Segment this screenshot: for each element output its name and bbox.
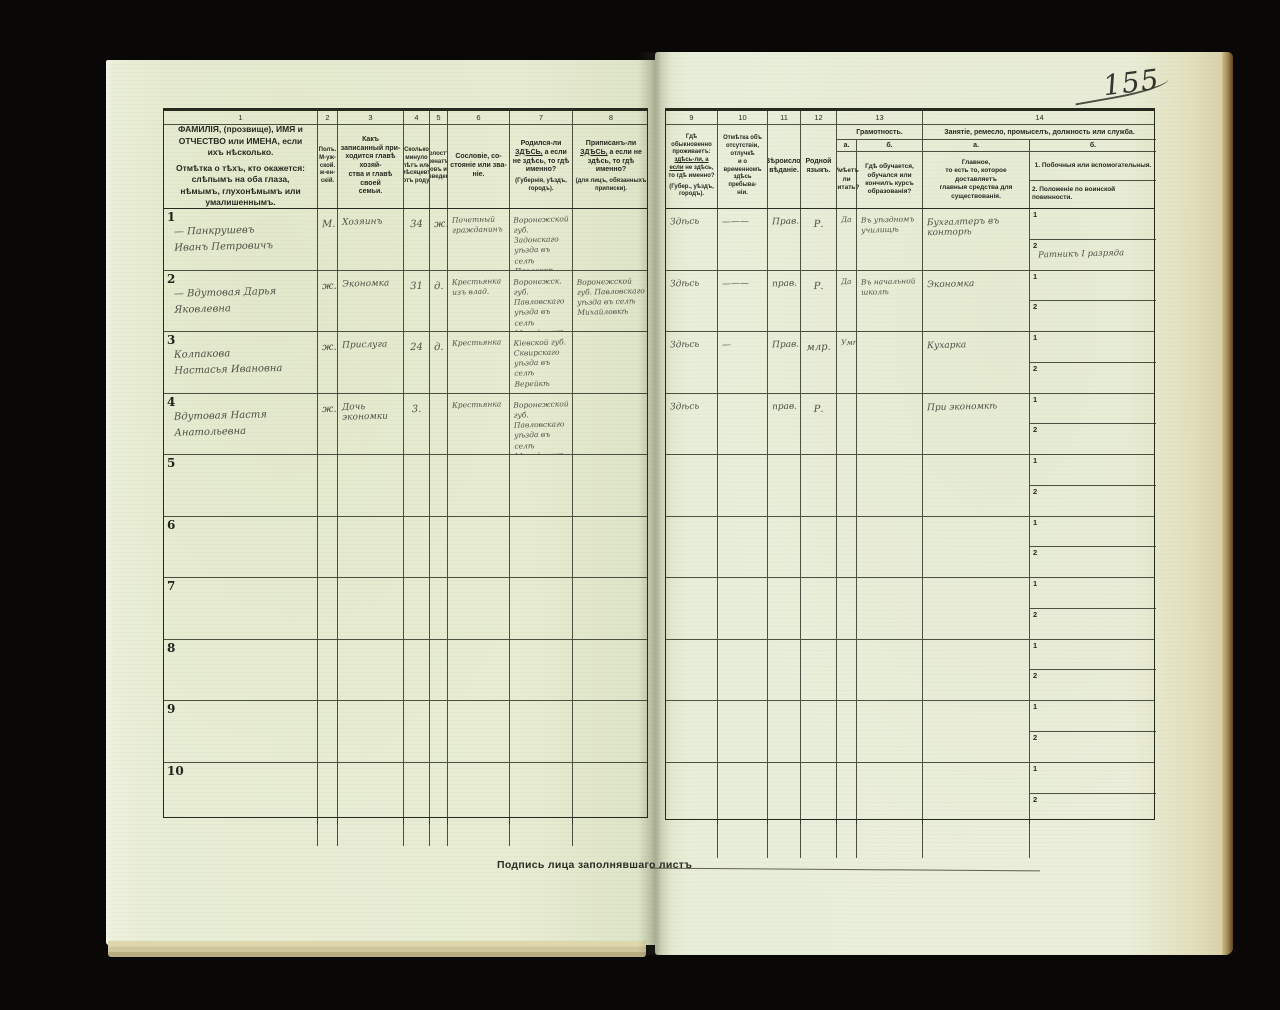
table-row-right-2: Здѣсь———прав.Р.ДаВъ начальной школѣЭконо…: [666, 271, 1154, 333]
cell-r2-birthplace: Воронежск. губ. Павловскаго уѣзда въ сел…: [510, 271, 573, 332]
handwritten-entry: Здѣсь: [666, 271, 717, 293]
cell-r5-occupation-main: [923, 455, 1030, 516]
cell-r10-absence: [718, 763, 768, 825]
subcell-2: 2: [1030, 424, 1156, 454]
column-line-tick: [337, 818, 338, 846]
cell-r2-residence: Здѣсь: [666, 271, 718, 332]
handwritten-entry: [857, 763, 922, 773]
header-col13-literacy: Грамотность. а. Умѣетъ ли читать? б. Гдѣ…: [837, 125, 923, 208]
handwritten-entry: млр.: [801, 332, 836, 356]
cell-r4-name: 4Вдутовая Настя Анатольевна: [164, 394, 318, 455]
handwritten-entry: Крестьянка: [448, 332, 509, 352]
handwritten-entry: [404, 763, 429, 776]
handwritten-entry: [837, 640, 856, 649]
subcell-2: 2: [1030, 547, 1156, 577]
handwritten-entry: [573, 394, 649, 404]
handwritten-entry: [448, 455, 509, 465]
table-row-right-9: 12: [666, 701, 1154, 763]
header-col9-residence: Гдѣ обыкновенно проживаетъ: здѣсь-ли, а …: [666, 125, 718, 208]
cell-r4-occupation-secondary: 12: [1030, 394, 1156, 455]
handwritten-entry: При экономкѣ: [923, 394, 1029, 416]
handwritten-entry: [573, 578, 649, 588]
handwritten-entry: [718, 763, 767, 775]
cell-r7-relation: [338, 578, 404, 639]
handwritten-entry: [338, 455, 403, 467]
cell-r8-occupation-main: [923, 640, 1030, 701]
subcell-2: 2: [1030, 301, 1156, 331]
handwritten-entry: [573, 640, 649, 650]
cell-r7-occupation-secondary: 12: [1030, 578, 1156, 639]
column-line-tick: [1029, 820, 1030, 858]
cell-r4-reads: [837, 394, 857, 455]
right-page-edge: [1222, 52, 1233, 955]
handwritten-entry: [318, 517, 337, 530]
cell-r5-marital: [430, 455, 448, 516]
cell-r9-marital: [430, 701, 448, 762]
handwritten-entry: [857, 455, 922, 465]
table-row-left-8: 8: [164, 640, 647, 702]
column-line-tick: [717, 820, 718, 858]
handwritten-entry: [801, 640, 836, 653]
table-row-left-1: 1— Панкрушевъ Иванъ ПетровичъМ.Хозяинъ34…: [164, 209, 647, 271]
cell-r2-occupation-secondary: 12: [1030, 271, 1156, 332]
cell-r10-occupation-secondary: 12: [1030, 763, 1156, 825]
handwritten-entry: [857, 701, 922, 711]
subcell-1: 1: [1030, 763, 1156, 794]
cell-r1-relation: Хозяинъ: [338, 209, 404, 270]
cell-r5-education: [857, 455, 923, 516]
handwritten-entry: [1030, 271, 1156, 284]
handwritten-entry: [318, 763, 337, 776]
cell-r8-marital: [430, 640, 448, 701]
cell-r5-religion: [768, 455, 801, 516]
cell-r2-estate: Крестьянка изъ влад.: [448, 271, 510, 332]
handwritten-entry: [837, 578, 856, 587]
handwritten-entry: [1030, 332, 1156, 345]
cell-r3-education: [857, 332, 923, 393]
cell-r4-sex: ж.: [318, 394, 338, 455]
subcell-1: 1: [1030, 640, 1156, 671]
cell-r8-registration: [573, 640, 649, 701]
handwritten-entry: [430, 640, 447, 653]
cell-r8-religion: [768, 640, 801, 701]
table-row-right-8: 12: [666, 640, 1154, 702]
col-number-13: 13: [837, 111, 923, 124]
header-col13a: а. Умѣетъ ли читать?: [837, 140, 857, 208]
cell-r4-birthplace: Воронежской губ. Павловскаго уѣзда въ се…: [510, 394, 573, 455]
column-number-row-right: 9 10 11 12 13 14: [666, 111, 1154, 125]
cell-r9-education: [857, 701, 923, 762]
cell-r10-religion: [768, 763, 801, 825]
cell-r4-estate: Крестьянка: [448, 394, 510, 455]
cell-r8-age: [404, 640, 430, 701]
column-line-tick: [317, 818, 318, 846]
cell-r6-occupation-secondary: 12: [1030, 517, 1156, 578]
cell-r4-registration: [573, 394, 649, 455]
cell-r9-name: 9: [164, 701, 318, 762]
handwritten-entry: [801, 517, 836, 530]
cell-r3-birthplace: Кіевской губ. Сквирскаго уѣзда въ селѣ В…: [510, 332, 573, 393]
handwritten-entry: [404, 640, 429, 653]
handwritten-entry: [837, 455, 856, 464]
cell-r7-reads: [837, 578, 857, 639]
cell-r8-language: [801, 640, 837, 701]
cell-r10-name: 10: [164, 763, 318, 825]
handwritten-entry: [448, 578, 509, 588]
handwritten-entry: Вдутовая Настя Анатольевна: [164, 394, 318, 445]
handwritten-entry: Воронежской губ. Павловскаго уѣзда въ се…: [573, 271, 649, 321]
cell-r2-reads: Да: [837, 271, 857, 332]
col-number-8: 8: [573, 111, 649, 124]
handwritten-entry: [666, 640, 717, 652]
table-row-right-10: 12: [666, 763, 1154, 825]
handwritten-entry: [801, 701, 836, 714]
handwritten-entry: [164, 455, 317, 474]
subcell-1: 1: [1030, 701, 1156, 732]
handwritten-entry: [666, 578, 717, 590]
handwritten-entry: Воронежской губ. Задонскаго уѣзда въ сел…: [510, 209, 573, 270]
handwritten-entry: [857, 640, 922, 650]
handwritten-entry: ж.: [318, 394, 337, 418]
cell-r3-absence: —: [718, 332, 768, 393]
handwritten-entry: [510, 517, 572, 527]
cell-r5-relation: [338, 455, 404, 516]
handwritten-entry: [837, 763, 856, 772]
handwritten-entry: [801, 763, 836, 776]
cell-r8-name: 8: [164, 640, 318, 701]
handwritten-entry: [1030, 701, 1156, 714]
cell-r3-name: 3Колпакова Настасья Ивановна: [164, 332, 318, 393]
cell-r4-language: Р.: [801, 394, 837, 455]
cell-r10-residence: [666, 763, 718, 825]
cell-r1-religion: Прав.: [768, 209, 801, 270]
cell-r1-registration: [573, 209, 649, 270]
handwritten-entry: ж.: [318, 332, 337, 356]
handwritten-entry: [404, 455, 429, 468]
handwritten-entry: [923, 517, 1029, 529]
handwritten-entry: [1030, 361, 1156, 375]
cell-r3-religion: Прав.: [768, 332, 801, 393]
table-row-left-2: 2— Вдутовая Дарья Яковлевнаж.Экономка31д…: [164, 271, 647, 333]
cell-r10-estate: [448, 763, 510, 825]
table-body-left: 1— Панкрушевъ Иванъ ПетровичъМ.Хозяинъ34…: [164, 209, 647, 824]
handwritten-entry: [404, 517, 429, 530]
cell-r7-occupation-main: [923, 578, 1030, 639]
header-col13b: б. Гдѣ обучается, обучался или кончилъ к…: [857, 140, 922, 208]
handwritten-entry: [573, 209, 649, 219]
cell-r7-absence: [718, 578, 768, 639]
cell-r7-age: [404, 578, 430, 639]
cell-r1-education: Въ уѣздномъ училищѣ: [857, 209, 923, 270]
cell-r3-residence: Здѣсь: [666, 332, 718, 393]
cell-r2-name: 2— Вдутовая Дарья Яковлевна: [164, 271, 318, 332]
handwritten-entry: [573, 455, 649, 465]
handwritten-entry: [164, 701, 317, 720]
handwritten-entry: [510, 455, 572, 465]
handwritten-entry: [718, 578, 767, 590]
cell-r7-residence: [666, 578, 718, 639]
cell-r9-age: [404, 701, 430, 762]
cell-r4-residence: Здѣсь: [666, 394, 718, 455]
handwritten-entry: [164, 640, 317, 659]
header-col14b: б. 1. Побочныя или вспомогательныя. 2. П…: [1030, 140, 1156, 208]
cell-r4-age: 3.: [404, 394, 430, 455]
subcell-1: 1: [1030, 394, 1156, 425]
handwritten-entry: [857, 394, 922, 404]
handwritten-entry: [1030, 300, 1156, 314]
handwritten-entry: [768, 640, 800, 651]
handwritten-entry: [923, 640, 1029, 652]
cell-r3-relation: Прислуга: [338, 332, 404, 393]
cell-r3-occupation-main: Кухарка: [923, 332, 1030, 393]
cell-r4-absence: [718, 394, 768, 455]
handwritten-entry: [857, 578, 922, 588]
cell-r6-reads: [837, 517, 857, 578]
column-line-tick: [767, 820, 768, 858]
handwritten-entry: [573, 763, 649, 773]
cell-r10-language: [801, 763, 837, 825]
column-line-tick: [800, 820, 801, 858]
handwritten-entry: 34: [404, 209, 429, 233]
cell-r2-language: Р.: [801, 271, 837, 332]
cell-r6-language: [801, 517, 837, 578]
handwritten-entry: [1030, 763, 1156, 776]
cell-r7-estate: [448, 578, 510, 639]
cell-r9-sex: [318, 701, 338, 762]
cell-r5-language: [801, 455, 837, 516]
subcell-1: 1: [1030, 455, 1156, 486]
cell-r9-occupation-secondary: 12: [1030, 701, 1156, 762]
handwritten-entry: [164, 517, 317, 536]
cell-r6-sex: [318, 517, 338, 578]
handwritten-entry: ж.: [318, 271, 337, 295]
cell-r1-sex: М.: [318, 209, 338, 270]
cell-r4-occupation-main: При экономкѣ: [923, 394, 1030, 455]
table-body-right: Здѣсь———Прав.Р.ДаВъ уѣздномъ училищѣБухг…: [666, 209, 1154, 824]
handwritten-entry: [510, 640, 572, 650]
table-row-left-7: 7: [164, 578, 647, 640]
handwritten-entry: [430, 517, 447, 530]
handwritten-entry: [510, 701, 572, 711]
cell-r5-absence: [718, 455, 768, 516]
cell-r6-name: 6: [164, 517, 318, 578]
table-row-right-1: Здѣсь———Прав.Р.ДаВъ уѣздномъ училищѣБухг…: [666, 209, 1154, 271]
cell-r6-marital: [430, 517, 448, 578]
handwritten-entry: Р.: [801, 394, 836, 418]
cell-r7-birthplace: [510, 578, 573, 639]
scanned-census-sheet: { "page": { "number": "155" }, "signatur…: [0, 0, 1280, 1010]
cell-r3-marital: д.: [430, 332, 448, 393]
cell-r2-registration: Воронежской губ. Павловскаго уѣзда въ се…: [573, 271, 649, 332]
cell-r8-relation: [338, 640, 404, 701]
cell-r8-education: [857, 640, 923, 701]
column-line-tick: [856, 820, 857, 858]
cell-r5-occupation-secondary: 12: [1030, 455, 1156, 516]
cell-r9-relation: [338, 701, 404, 762]
cell-r9-religion: [768, 701, 801, 762]
handwritten-entry: Р.: [801, 209, 836, 233]
cell-r4-education: [857, 394, 923, 455]
cell-r6-birthplace: [510, 517, 573, 578]
handwritten-entry: [1030, 423, 1156, 437]
handwritten-entry: [1030, 484, 1156, 498]
handwritten-entry: Прислуга: [338, 332, 403, 354]
handwritten-entry: 24: [404, 332, 429, 356]
header-col5-marital: Холостъ, женатъ, вдовъ или разведенъ.: [430, 125, 448, 208]
column-number-row-left: 1 2 3 4 5 6 7 8: [164, 111, 647, 125]
handwritten-entry: Дочь экономки: [338, 394, 403, 426]
handwritten-entry: [1030, 394, 1156, 407]
handwritten-entry: [448, 701, 509, 711]
header-col10-absence: Отмѣтка объ отсутствіи, отлучкѣ и о врем…: [718, 125, 768, 208]
subcell-1: 1: [1030, 517, 1156, 548]
header-col7-birthplace: Родился-ли ЗДѢСЬ, а если не здѣсь, то гд…: [510, 125, 573, 208]
column-line-tick: [572, 818, 573, 846]
cell-r3-registration: [573, 332, 649, 393]
handwritten-entry: Въ уѣздномъ училищѣ: [857, 209, 922, 239]
header-col14b-military: 2. Положеніе по воинской повинности.: [1030, 181, 1156, 209]
handwritten-entry: [164, 578, 317, 597]
cell-r6-residence: [666, 517, 718, 578]
handwritten-entry: [448, 640, 509, 650]
col-number-5: 5: [430, 111, 448, 124]
cell-r6-estate: [448, 517, 510, 578]
handwritten-entry: Здѣсь: [666, 394, 717, 416]
cell-r9-estate: [448, 701, 510, 762]
cell-r2-age: 31: [404, 271, 430, 332]
cell-r2-sex: ж.: [318, 271, 338, 332]
handwritten-entry: [430, 701, 447, 714]
handwritten-entry: [318, 455, 337, 468]
cell-r2-religion: прав.: [768, 271, 801, 332]
subcell-2: 2: [1030, 794, 1156, 824]
handwritten-entry: Крестьянка изъ влад.: [448, 271, 509, 301]
cell-r10-education: [857, 763, 923, 825]
cell-r5-age: [404, 455, 430, 516]
col-number-1: 1: [164, 111, 318, 124]
table-row-left-10: 10: [164, 763, 647, 825]
handwritten-entry: [1030, 546, 1156, 560]
cell-r3-reads: Умѣю: [837, 332, 857, 393]
handwritten-entry: д.: [430, 271, 447, 295]
subcell-1: 1: [1030, 271, 1156, 302]
table-row-right-5: 12: [666, 455, 1154, 517]
table-row-left-3: 3Колпакова Настасья Ивановнаж.Прислуга24…: [164, 332, 647, 394]
cell-r5-birthplace: [510, 455, 573, 516]
handwritten-entry: [837, 394, 856, 403]
handwritten-entry: ж.: [430, 209, 447, 233]
table-row-left-4: 4Вдутовая Настя Анатольевнаж.Дочь эконом…: [164, 394, 647, 456]
col-number-6: 6: [448, 111, 510, 124]
handwritten-entry: [923, 701, 1029, 713]
handwritten-entry: [666, 701, 717, 713]
handwritten-entry: [666, 763, 717, 775]
column-line-tick: [922, 820, 923, 858]
cell-r9-reads: [837, 701, 857, 762]
cell-r9-birthplace: [510, 701, 573, 762]
handwritten-entry: [318, 701, 337, 714]
cell-r6-occupation-main: [923, 517, 1030, 578]
cell-r8-sex: [318, 640, 338, 701]
cell-r1-estate: Почетный гражданинъ: [448, 209, 510, 270]
table-row-left-9: 9: [164, 701, 647, 763]
handwritten-entry: [768, 763, 800, 774]
cell-r4-marital: [430, 394, 448, 455]
table-row-right-6: 12: [666, 517, 1154, 579]
handwritten-entry: [768, 578, 800, 589]
cell-r1-name: 1— Панкрушевъ Иванъ Петровичъ: [164, 209, 318, 270]
cell-r4-religion: прав.: [768, 394, 801, 455]
cell-r9-residence: [666, 701, 718, 762]
cell-r1-marital: ж.: [430, 209, 448, 270]
handwritten-entry: [338, 640, 403, 652]
cell-r2-occupation-main: Экономка: [923, 271, 1030, 332]
handwritten-entry: 3.: [404, 394, 429, 418]
header-col2-sex: Полъ. М-уж- ской. ж-ен- скій.: [318, 125, 338, 208]
handwritten-entry: [448, 517, 509, 527]
handwritten-entry: [768, 517, 800, 528]
cell-r10-reads: [837, 763, 857, 825]
handwritten-entry: Да: [837, 209, 856, 228]
census-table-left: 1 2 3 4 5 6 7 8 ФАМИЛІЯ, (прозвище), ИМЯ…: [163, 108, 648, 818]
cell-r10-age: [404, 763, 430, 825]
table-row-left-6: 6: [164, 517, 647, 579]
cell-r5-name: 5: [164, 455, 318, 516]
cell-r1-age: 34: [404, 209, 430, 270]
handwritten-entry: [448, 763, 509, 773]
cell-r7-name: 7: [164, 578, 318, 639]
handwritten-entry: [1030, 517, 1156, 530]
col-number-10: 10: [718, 111, 768, 124]
table-row-right-7: 12: [666, 578, 1154, 640]
handwritten-entry: Крестьянка: [448, 394, 509, 414]
handwritten-entry: Воронежской губ. Павловскаго уѣзда въ се…: [510, 394, 573, 455]
cell-r6-religion: [768, 517, 801, 578]
cell-r10-marital: [430, 763, 448, 825]
handwritten-entry: д.: [430, 332, 447, 356]
cell-r2-absence: ———: [718, 271, 768, 332]
cell-r7-language: [801, 578, 837, 639]
handwritten-entry: [573, 332, 649, 342]
cell-r9-absence: [718, 701, 768, 762]
census-table-right: 9 10 11 12 13 14 Гдѣ обыкновенно прожива…: [665, 108, 1155, 820]
cell-r10-sex: [318, 763, 338, 825]
handwritten-entry: [923, 455, 1029, 467]
column-line-tick: [403, 818, 404, 846]
handwritten-entry: Р.: [801, 271, 836, 295]
handwritten-entry: [404, 578, 429, 591]
header-col14a: а. Главное, то есть то, которое доставля…: [923, 140, 1030, 208]
cell-r8-estate: [448, 640, 510, 701]
cell-r1-reads: Да: [837, 209, 857, 270]
handwritten-entry: Да: [837, 271, 856, 290]
handwritten-entry: [837, 517, 856, 526]
col-number-9: 9: [666, 111, 718, 124]
handwritten-entry: ———: [718, 271, 767, 293]
cell-r3-estate: Крестьянка: [448, 332, 510, 393]
handwritten-entry: Экономка: [338, 271, 403, 293]
table-row-right-4: Здѣсьправ.Р.При экономкѣ12: [666, 394, 1154, 456]
cell-r6-registration: [573, 517, 649, 578]
handwritten-entry: — Панкрушевъ Иванъ Петровичъ: [164, 209, 318, 260]
handwritten-entry: [404, 701, 429, 714]
cell-r7-marital: [430, 578, 448, 639]
handwritten-entry: [1030, 669, 1156, 683]
cell-r1-occupation-main: Бухгалтеръ въ конторѣ: [923, 209, 1030, 270]
handwritten-entry: [718, 640, 767, 652]
subcell-2: 2: [1030, 670, 1156, 700]
cell-r10-birthplace: [510, 763, 573, 825]
